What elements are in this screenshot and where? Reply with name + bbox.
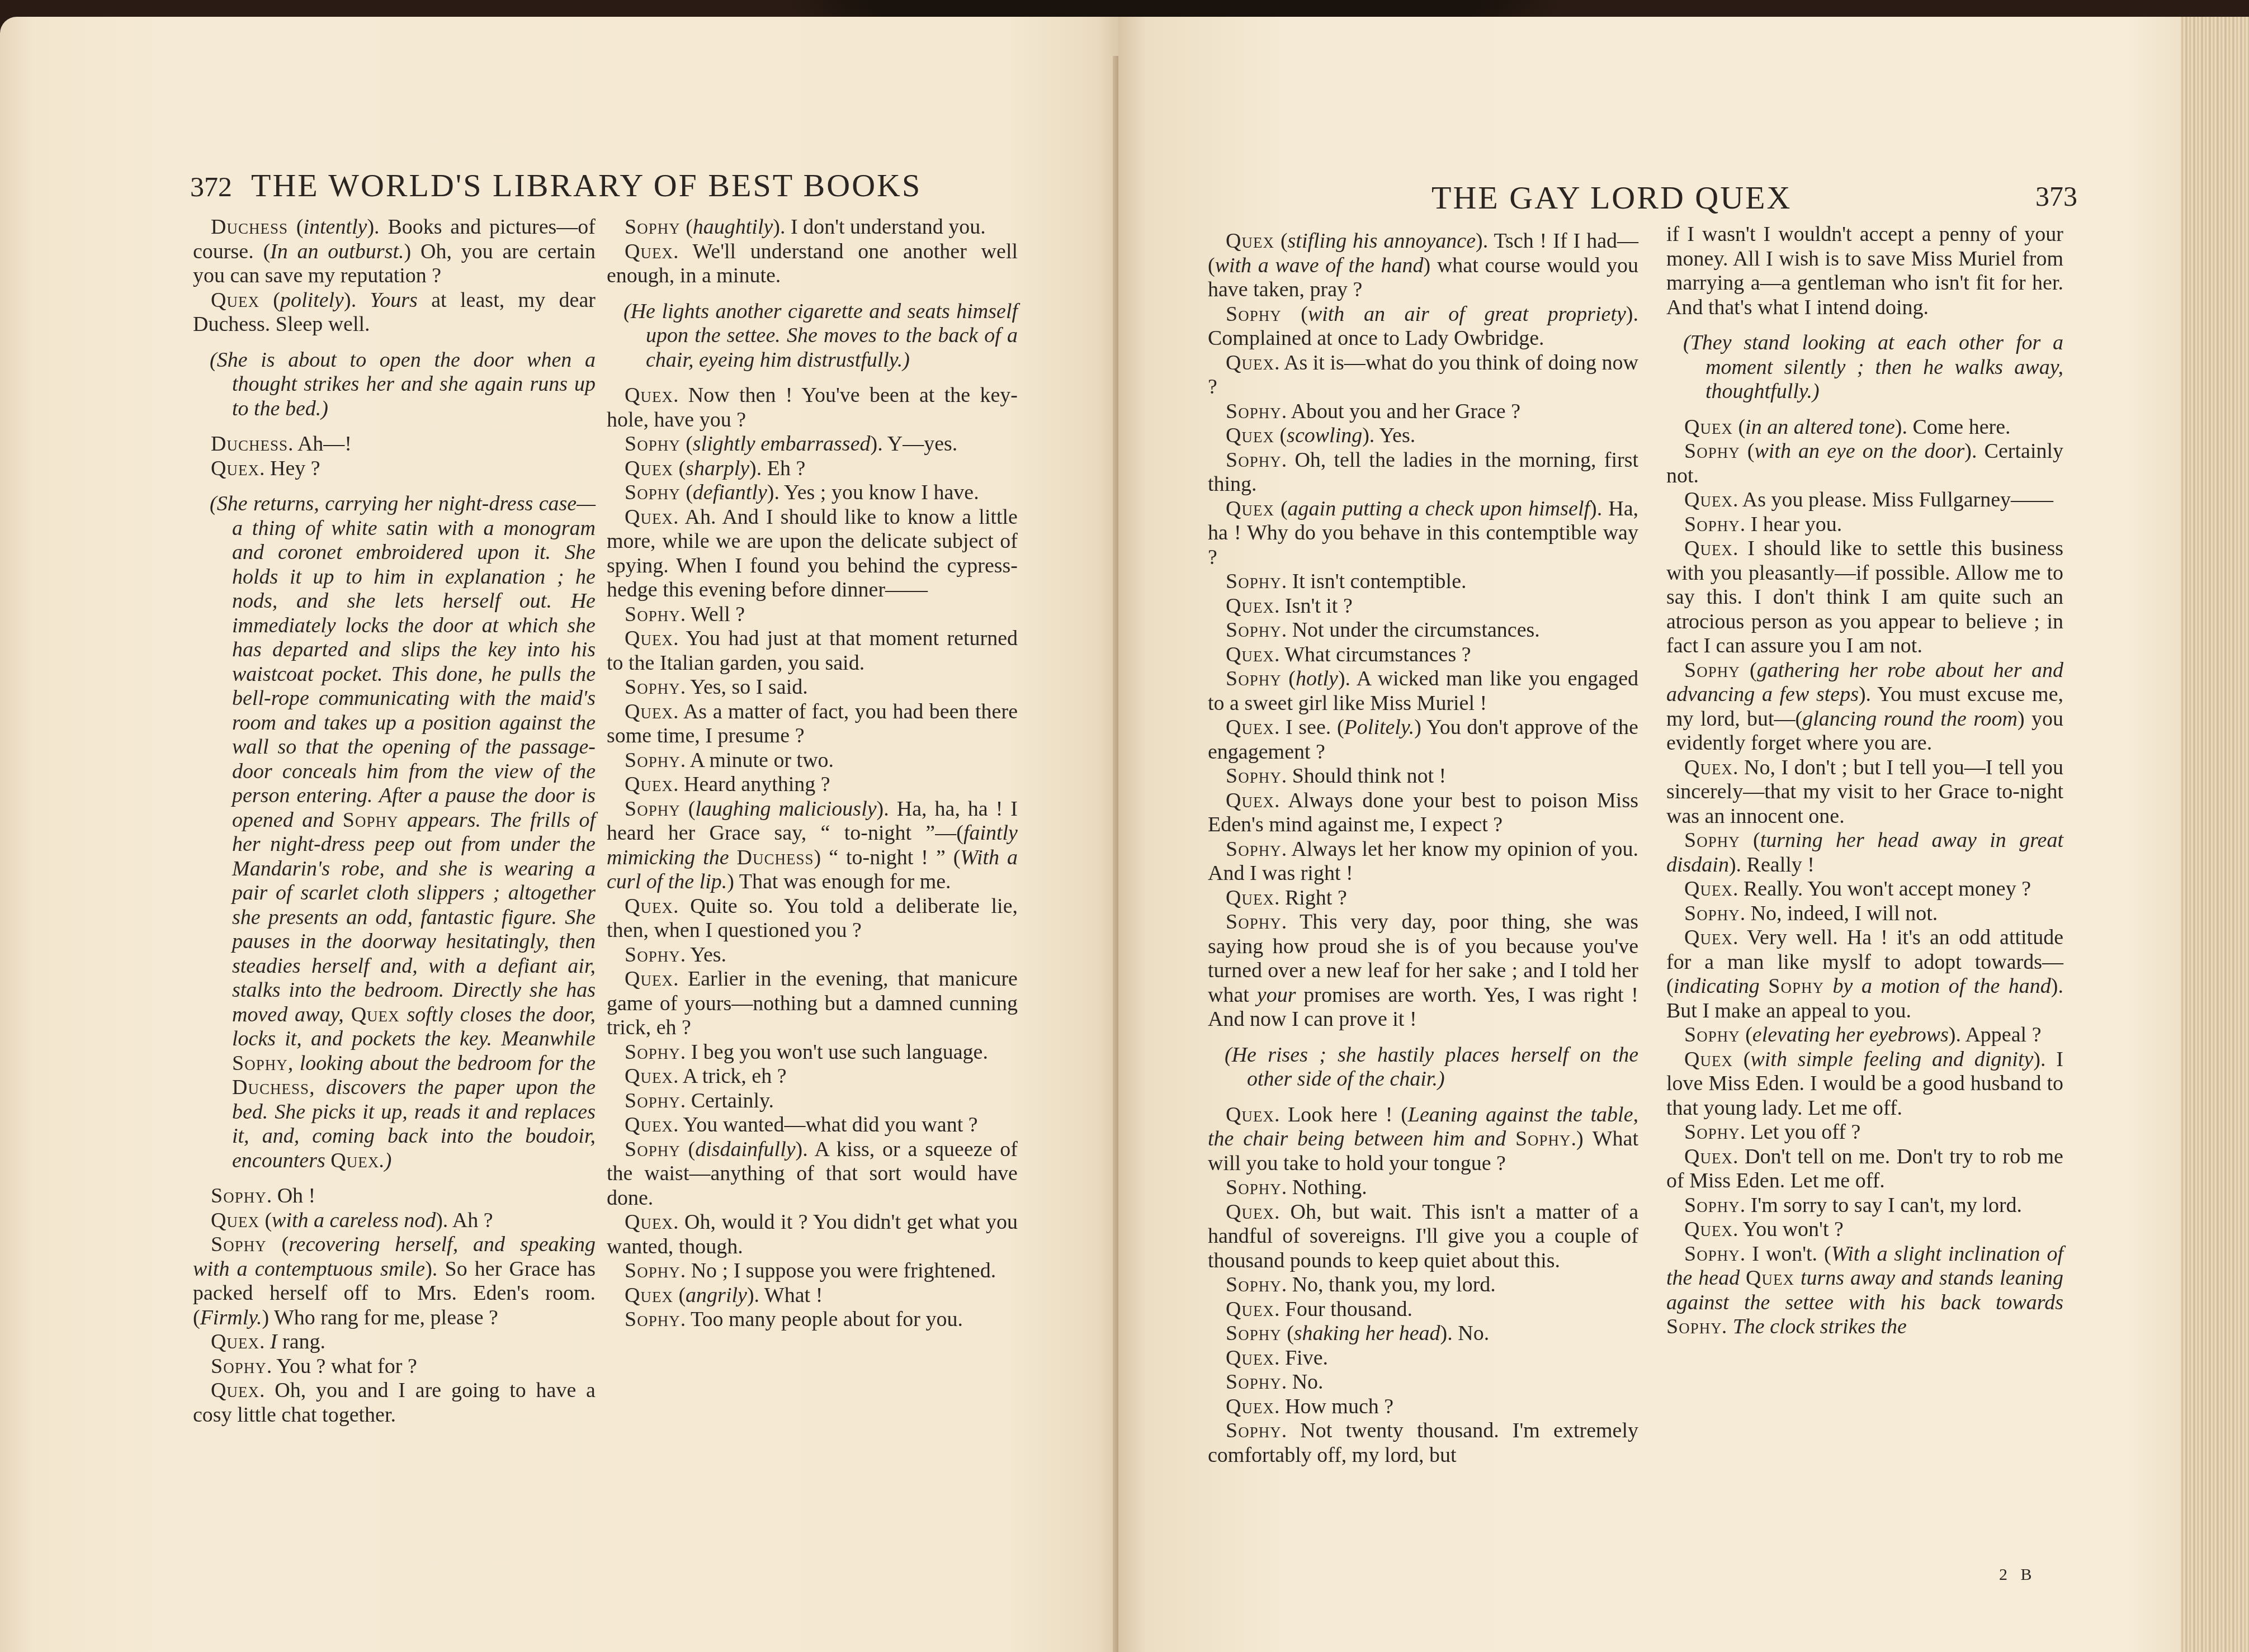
text: . Five. xyxy=(1274,1346,1328,1370)
italic-text: with a wave of the hand xyxy=(1215,254,1424,277)
text: . You wanted—what did you want ? xyxy=(673,1113,978,1137)
speaker-name: Quex xyxy=(211,457,259,480)
speaker-name: Sophy xyxy=(1226,910,1282,934)
speaker-name: Quex xyxy=(211,1379,259,1402)
speaker-name: Quex xyxy=(1226,1200,1274,1224)
text: ). No. xyxy=(1440,1322,1490,1345)
signature-mark: 2 B xyxy=(1999,1565,2037,1584)
dialogue-line: Sophy. I beg you won't use such language… xyxy=(607,1040,1018,1065)
text: . Four thousand. xyxy=(1274,1298,1412,1321)
text: ( xyxy=(267,1233,289,1256)
italic-text: politely xyxy=(280,288,344,312)
dialogue-line: Quex. Five. xyxy=(1208,1346,1638,1371)
speaker-name: Sophy xyxy=(1226,1176,1282,1199)
stage-direction: (She returns, carrying her night-dress c… xyxy=(210,492,596,1173)
right-page-number: 373 xyxy=(2035,180,2077,212)
dialogue-line: Sophy. Not under the circumstances. xyxy=(1208,618,1638,643)
dialogue-line: Sophy. I'm sorry to say I can't, my lord… xyxy=(1666,1194,2063,1218)
dialogue-line: Sophy (slightly embarrassed). Y—yes. xyxy=(607,432,1018,457)
dialogue-line: Sophy (hotly). A wicked man like you eng… xyxy=(1208,667,1638,716)
text: . Ah—! xyxy=(288,432,352,456)
speaker-name: Quex xyxy=(1684,488,1733,512)
dialogue-line: Sophy. I won't. (With a slight inclinati… xyxy=(1666,1242,2063,1339)
speaker-name: Sophy xyxy=(1515,1127,1571,1151)
left-page-number: 372 xyxy=(190,171,232,202)
speaker-name: Quex xyxy=(625,1113,673,1137)
dialogue-line: Sophy. No, thank you, my lord. xyxy=(1208,1273,1638,1298)
speaker-name: Quex xyxy=(625,457,673,480)
dialogue-line: Sophy. Oh, tell the ladies in the mornin… xyxy=(1208,448,1638,497)
speaker-name: Quex xyxy=(625,773,673,796)
dialogue-line: Quex. Oh, you and I are going to have a … xyxy=(193,1379,596,1427)
text: . A trick, eh ? xyxy=(673,1064,787,1088)
speaker-name: Sophy xyxy=(625,797,681,821)
italic-text: . The clock strikes the xyxy=(1722,1315,1907,1338)
dialogue-line: Sophy. You ? what for ? xyxy=(193,1355,596,1379)
text: . Certainly. xyxy=(681,1089,774,1113)
dialogue-line: Sophy. No. xyxy=(1208,1370,1638,1395)
text: rang. xyxy=(277,1330,326,1353)
text: . I hear you. xyxy=(1740,513,1842,536)
italic-text: your xyxy=(1257,983,1296,1007)
text: ( xyxy=(681,432,693,456)
speaker-name: Sophy xyxy=(625,1089,681,1113)
text: (He rises ; she hastily places herself o… xyxy=(1225,1043,1638,1091)
speaker-name: Sophy xyxy=(625,1259,681,1282)
dialogue-line: Quex. As a matter of fact, you had been … xyxy=(607,700,1018,749)
dialogue-line: Quex. Oh, but wait. This isn't a matter … xyxy=(1208,1200,1638,1274)
speaker-name: Sophy xyxy=(1226,400,1282,423)
speaker-name: Quex xyxy=(211,288,259,312)
dialogue-line: Sophy. Let you off ? xyxy=(1666,1120,2063,1145)
stage-direction: (She is about to open the door when a th… xyxy=(210,348,596,422)
speaker-name: Quex xyxy=(1226,351,1274,375)
text: . xyxy=(259,1330,270,1353)
speaker-name: Sophy xyxy=(625,1138,681,1161)
text: . Yes, so I said. xyxy=(681,675,808,699)
text: ( xyxy=(1274,229,1288,253)
text: . I see. ( xyxy=(1274,716,1344,739)
speaker-name: Sophy xyxy=(625,943,681,967)
speaker-name: Quex xyxy=(1226,424,1274,447)
dialogue-line: Quex. No, I don't ; but I tell you—I tel… xyxy=(1666,756,2063,829)
text: ( xyxy=(1740,439,1755,463)
dialogue-line: Sophy. No ; I suppose you were frightene… xyxy=(607,1259,1018,1284)
speaker-name: Quex xyxy=(1226,594,1274,618)
dialogue-line: Quex (politely). Yours at least, my dear… xyxy=(193,288,596,337)
speaker-name: Quex xyxy=(1684,926,1733,949)
text: .) xyxy=(379,1149,391,1172)
speaker-name: Sophy xyxy=(211,1233,267,1256)
text: ( xyxy=(681,1138,695,1161)
dialogue-line: Duchess (intently). Books and pictures—o… xyxy=(193,215,596,288)
italic-text: by a motion of the hand xyxy=(1824,974,2051,998)
dialogue-line: Sophy (disdainfully). A kiss, or a squee… xyxy=(607,1138,1018,1211)
speaker-name: Sophy xyxy=(232,1052,288,1075)
italic-text: hotly xyxy=(1296,667,1338,690)
dialogue-line: Quex. Now then ! You've been at the key-… xyxy=(607,384,1018,432)
speaker-name: Sophy xyxy=(1226,764,1282,788)
dialogue-line: Quex. Always done your best to poison Mi… xyxy=(1208,789,1638,837)
dialogue-line: Quex. Ah. And I should like to know a li… xyxy=(607,505,1018,603)
speaker-name: Sophy xyxy=(1226,667,1282,690)
right-running-title: THE GAY LORD QUEX xyxy=(1431,179,1792,216)
italic-text: sharply xyxy=(686,457,749,480)
speaker-name: Sophy xyxy=(343,808,399,832)
text: . No, indeed, I will not. xyxy=(1740,902,1938,925)
dialogue-line: Quex (sharply). Eh ? xyxy=(607,457,1018,481)
left-page-column-2: Sophy (haughtily). I don't understand yo… xyxy=(607,215,1018,1332)
text: ). xyxy=(344,288,370,312)
dialogue-line: Quex (angrily). What ! xyxy=(607,1284,1018,1308)
italic-text: with an eye on the door xyxy=(1754,439,1964,463)
speaker-name: Sophy xyxy=(1226,1370,1282,1394)
speaker-name: Sophy xyxy=(625,603,681,626)
dialogue-line: Sophy (with an air of great propriety). … xyxy=(1208,302,1638,351)
speaker-name: Quex xyxy=(1226,1298,1274,1321)
dialogue-line: Sophy. This very day, poor thing, she wa… xyxy=(1208,910,1638,1032)
dialogue-line: Quex. As you please. Miss Fullgarney—— xyxy=(1666,488,2063,513)
text: . Isn't it ? xyxy=(1274,594,1353,618)
speaker-name: Quex xyxy=(625,1284,673,1307)
speaker-name: Quex xyxy=(625,505,673,529)
right-running-head: THE GAY LORD QUEX xyxy=(1431,179,1792,216)
speaker-name: Sophy xyxy=(1226,1419,1282,1442)
text: ). Ah ? xyxy=(436,1209,493,1232)
dialogue-line: Sophy (haughtily). I don't understand yo… xyxy=(607,215,1018,240)
italic-text: angrily xyxy=(686,1284,747,1307)
speaker-name: Sophy xyxy=(1684,902,1740,925)
dialogue-line: Quex. I see. (Politely.) You don't appro… xyxy=(1208,716,1638,764)
speaker-name: Sophy xyxy=(625,675,681,699)
dialogue-line: Sophy (defiantly). Yes ; you know I have… xyxy=(607,481,1018,505)
speaker-name: Quex xyxy=(1226,1395,1274,1418)
text: . Let you off ? xyxy=(1740,1120,1861,1144)
italic-text: haughtily xyxy=(693,215,773,239)
italic-text: Politely. xyxy=(1344,716,1415,739)
italic-text: disdainfully xyxy=(695,1138,795,1161)
speaker-name: Quex xyxy=(625,1210,673,1234)
text: . Well ? xyxy=(681,603,745,626)
left-running-head: 372 THE WORLD'S LIBRARY OF BEST BOOKS xyxy=(190,167,922,204)
dialogue-line: Quex. Right ? xyxy=(1208,886,1638,911)
speaker-name: Sophy xyxy=(1226,837,1282,861)
right-page: THE GAY LORD QUEX 373 Quex (stifling his… xyxy=(1118,17,2181,1652)
speaker-name: Quex xyxy=(1684,537,1733,560)
dialogue-line: Sophy. Well ? xyxy=(607,603,1018,627)
text: (They stand looking at each other for a … xyxy=(1683,331,2063,403)
dialogue-line: Quex (in an altered tone). Come here. xyxy=(1666,415,2063,440)
dialogue-line: Sophy. I hear you. xyxy=(1666,513,2063,537)
text: . As you please. Miss Fullgarney—— xyxy=(1733,488,2053,512)
speaker-name: Duchess xyxy=(211,215,288,239)
text: . You ? what for ? xyxy=(267,1355,417,1378)
speaker-name: Sophy xyxy=(625,1040,681,1064)
text: ). Y—yes. xyxy=(871,432,958,456)
speaker-name: Quex xyxy=(211,1330,259,1353)
dialogue-line: Quex. Look here ! (Leaning against the t… xyxy=(1208,1103,1638,1176)
dialogue-line: Sophy. It isn't contemptible. xyxy=(1208,570,1638,594)
text: ( xyxy=(288,215,303,239)
dialogue-line: Quex. Very well. Ha ! it's an odd attitu… xyxy=(1666,926,2063,1023)
italic-text: in an altered tone xyxy=(1745,415,1895,439)
italic-text: intently xyxy=(303,215,367,239)
text: . How much ? xyxy=(1274,1395,1393,1418)
text: ( xyxy=(259,1209,272,1232)
text: ). Yes ; you know I have. xyxy=(767,481,979,504)
text: . Right ? xyxy=(1274,886,1347,910)
speaker-name: Sophy xyxy=(1226,302,1282,326)
text: . Nothing. xyxy=(1282,1176,1367,1199)
speaker-name: Quex xyxy=(625,700,673,723)
dialogue-line: Quex. I should like to settle this busin… xyxy=(1666,537,2063,659)
speaker-name: Sophy xyxy=(1684,1023,1740,1047)
text: . Heard anything ? xyxy=(673,773,830,796)
text: ) “ to-night ! ” ( xyxy=(814,846,961,869)
dialogue-line: Quex. Quite so. You told a deliberate li… xyxy=(607,894,1018,943)
speaker-name: Quex xyxy=(351,1003,400,1026)
text: if I wasn't I wouldn't accept a penny of… xyxy=(1666,223,2063,319)
speaker-name: Sophy xyxy=(1226,1273,1282,1296)
text: ( xyxy=(1740,659,1757,682)
dialogue-line: Quex. You won't ? xyxy=(1666,1218,2063,1242)
italic-text: Firmly. xyxy=(200,1306,262,1329)
speaker-name: Duchess xyxy=(737,846,814,869)
stage-direction: (He lights another cigarette and seats h… xyxy=(623,300,1018,373)
text: ( xyxy=(681,481,693,504)
text: ( xyxy=(673,1284,686,1307)
text: , looking about the bedroom for the xyxy=(288,1052,596,1075)
text: ). Eh ? xyxy=(749,457,805,480)
speaker-name: Quex xyxy=(1746,1266,1794,1290)
speaker-name: Quex xyxy=(1226,497,1274,520)
dialogue-line: Sophy (elevating her eyebrows). Appeal ? xyxy=(1666,1023,2063,1048)
speaker-name: Quex xyxy=(625,384,673,407)
text: ( xyxy=(1282,302,1308,326)
speaker-name: Quex xyxy=(1226,886,1274,910)
text: . Hey ? xyxy=(259,457,320,480)
text: ). Really ! xyxy=(1729,853,1815,877)
dialogue-line: Sophy. Nothing. xyxy=(1208,1176,1638,1200)
speaker-name: Sophy xyxy=(625,215,681,239)
dialogue-line: Quex. How much ? xyxy=(1208,1395,1638,1419)
speaker-name: Quex xyxy=(1226,716,1274,739)
text: ( xyxy=(1740,829,1760,852)
stage-direction: (They stand looking at each other for a … xyxy=(1683,331,2063,404)
text: . I'm sorry to say I can't, my lord. xyxy=(1740,1194,2022,1217)
dialogue-line: Quex (again putting a check upon himself… xyxy=(1208,497,1638,570)
dialogue-line: Quex (with simple feeling and dignity). … xyxy=(1666,1048,2063,1121)
dialogue-line: Duchess. Ah—! xyxy=(193,432,596,457)
italic-text: with simple feeling and dignity xyxy=(1750,1048,2033,1071)
dialogue-line: Quex. Heard anything ? xyxy=(607,773,1018,797)
text: . Yes. xyxy=(681,943,726,967)
speaker-name: Quex xyxy=(1226,1103,1274,1126)
dialogue-line: Sophy (recovering herself, and speaking … xyxy=(193,1233,596,1330)
italic-text: laughing maliciously xyxy=(695,797,876,821)
text: . No. xyxy=(1282,1370,1324,1394)
text: ( xyxy=(259,288,280,312)
text: ). What ! xyxy=(747,1284,823,1307)
dialogue-line: Sophy. Should think not ! xyxy=(1208,764,1638,789)
speaker-name: Sophy xyxy=(1226,1322,1282,1345)
dialogue-line: Sophy (turning her head away in great di… xyxy=(1666,829,2063,877)
text: . I won't. ( xyxy=(1740,1242,1831,1266)
speaker-name: Sophy xyxy=(1684,659,1740,682)
italic-text: glancing round the room xyxy=(1802,707,2018,731)
speaker-name: Sophy xyxy=(625,432,681,456)
italic-text: slightly embarrassed xyxy=(693,432,871,456)
italic-text: I xyxy=(270,1330,277,1353)
text: ). Appeal ? xyxy=(1949,1023,2042,1047)
dialogue-line: Quex. Hey ? xyxy=(193,457,596,481)
speaker-name: Quex xyxy=(625,240,673,263)
speaker-name: Quex xyxy=(625,894,673,918)
dialogue-line: Quex. I rang. xyxy=(193,1330,596,1355)
text: . Too many people about for you. xyxy=(681,1308,963,1331)
speaker-name: Sophy xyxy=(1226,448,1282,472)
dialogue-line: Quex. Really. You won't accept money ? xyxy=(1666,877,2063,902)
speaker-name: Duchess xyxy=(232,1076,309,1099)
speaker-name: Sophy xyxy=(1768,974,1824,998)
text: . Should think not ! xyxy=(1282,764,1447,788)
italic-text: with a careless nod xyxy=(272,1209,436,1232)
speaker-name: Quex xyxy=(1226,789,1274,812)
italic-text: with an air of great propriety xyxy=(1308,302,1626,326)
speaker-name: Quex xyxy=(1684,1145,1733,1168)
italic-text: scowling xyxy=(1287,424,1362,447)
speaker-name: Sophy xyxy=(1684,1120,1740,1144)
dialogue-line: Quex. What circumstances ? xyxy=(1208,643,1638,668)
speaker-name: Sophy xyxy=(625,749,681,772)
text: . Oh ! xyxy=(267,1184,316,1208)
italic-text: stifling his annoyance xyxy=(1288,229,1476,253)
dialogue-line: Quex (with a careless nod). Ah ? xyxy=(193,1209,596,1233)
dialogue-line: Sophy. No, indeed, I will not. xyxy=(1666,902,2063,926)
speaker-name: Sophy xyxy=(1666,1315,1722,1338)
speaker-name: Sophy xyxy=(625,1308,681,1331)
speaker-name: Sophy xyxy=(1684,1194,1740,1217)
text: ). Yes. xyxy=(1362,424,1415,447)
text: . I beg you won't use such language. xyxy=(681,1040,988,1064)
speaker-name: Sophy xyxy=(1226,570,1282,593)
dialogue-line: Quex. Oh, would it ? You didn't get what… xyxy=(607,1210,1018,1259)
text: . No, thank you, my lord. xyxy=(1282,1273,1496,1296)
text: ( xyxy=(1282,1322,1294,1345)
speaker-name: Quex xyxy=(625,967,673,991)
italic-text: shaking her head xyxy=(1294,1322,1440,1345)
speaker-name: Quex xyxy=(1684,756,1733,779)
speaker-name: Quex xyxy=(1684,1048,1733,1071)
dialogue-line: Sophy. Yes. xyxy=(607,943,1018,968)
text: ( xyxy=(1274,424,1287,447)
stage-direction: (He rises ; she hastily places herself o… xyxy=(1225,1043,1638,1092)
text: ) That was enough for me. xyxy=(727,870,951,893)
italic-text: again putting a check upon himself xyxy=(1288,497,1590,520)
dialogue-line: Sophy. A minute or two. xyxy=(607,749,1018,773)
text: . About you and her Grace ? xyxy=(1282,400,1520,423)
text: . You won't ? xyxy=(1733,1218,1844,1241)
speaker-name: Quex xyxy=(1684,415,1733,439)
dialogue-line: Sophy. Always let her know my opinion of… xyxy=(1208,837,1638,886)
page-edges xyxy=(2181,17,2249,1652)
text: . No ; I suppose you were frightened. xyxy=(681,1259,996,1282)
left-page-column-1: Duchess (intently). Books and pictures—o… xyxy=(193,215,596,1427)
text: ) Who rang for me, please ? xyxy=(262,1306,498,1329)
text: (She returns, carrying her night-dress c… xyxy=(210,492,596,832)
dialogue-line: Quex. Isn't it ? xyxy=(1208,594,1638,619)
speaker-name: Quex xyxy=(330,1149,379,1172)
speaker-name: Sophy xyxy=(1684,829,1740,852)
text: . Really. You won't accept money ? xyxy=(1733,877,2031,901)
italic-text: In an outburst. xyxy=(270,240,404,263)
speaker-name: Sophy xyxy=(1684,513,1740,536)
text: (She is about to open the door when a th… xyxy=(210,348,596,420)
text: ( xyxy=(1733,415,1745,439)
speaker-name: Sophy xyxy=(1684,1242,1740,1266)
dialogue-line: Sophy. About you and her Grace ? xyxy=(1208,400,1638,424)
text: ). I don't understand you. xyxy=(773,215,985,239)
text: ( xyxy=(1274,497,1288,520)
dialogue-line: Sophy. Oh ! xyxy=(193,1184,596,1209)
dialogue-line: Sophy (gathering her robe about her and … xyxy=(1666,659,2063,756)
dialogue-line: Quex. As it is—what do you think of doin… xyxy=(1208,351,1638,400)
text: ). Come here. xyxy=(1895,415,2011,439)
dialogue-line: if I wasn't I wouldn't accept a penny of… xyxy=(1666,223,2063,320)
dialogue-line: Quex. Four thousand. xyxy=(1208,1298,1638,1322)
text: . What circumstances ? xyxy=(1274,643,1471,666)
italic-text: Yours xyxy=(370,288,418,312)
speaker-name: Sophy xyxy=(211,1184,267,1208)
dialogue-line: Quex. You wanted—what did you want ? xyxy=(607,1113,1018,1138)
italic-text: defiantly xyxy=(693,481,767,504)
left-page: 372 THE WORLD'S LIBRARY OF BEST BOOKS Du… xyxy=(0,17,1118,1652)
speaker-name: Quex xyxy=(625,627,673,650)
speaker-name: Quex xyxy=(1684,1218,1733,1241)
speaker-name: Sophy xyxy=(1684,439,1740,463)
text: ( xyxy=(1282,667,1296,690)
speaker-name: Quex xyxy=(1684,877,1733,901)
open-book: 372 THE WORLD'S LIBRARY OF BEST BOOKS Du… xyxy=(0,0,2249,1652)
dialogue-line: Quex (stifling his annoyance). Tsch ! If… xyxy=(1208,229,1638,302)
dialogue-line: Sophy. Not twenty thousand. I'm extremel… xyxy=(1208,1419,1638,1468)
dialogue-line: Quex (scowling). Yes. xyxy=(1208,424,1638,448)
speaker-name: Quex xyxy=(1226,643,1274,666)
right-page-column-2: if I wasn't I wouldn't accept a penny of… xyxy=(1666,223,2063,1339)
dialogue-line: Sophy. Yes, so I said. xyxy=(607,675,1018,700)
text: ( xyxy=(673,457,686,480)
italic-text: indicating xyxy=(1674,974,1769,998)
dialogue-line: Quex. Earlier in the evening, that manic… xyxy=(607,967,1018,1040)
text: appears. The frills of her night-dress p… xyxy=(232,808,596,1026)
text: (He lights another cigarette and seats h… xyxy=(623,300,1018,372)
text: ( xyxy=(681,215,693,239)
dialogue-line: Sophy (shaking her head). No. xyxy=(1208,1322,1638,1346)
dialogue-line: Quex. Don't tell on me. Don't try to rob… xyxy=(1666,1145,2063,1194)
speaker-name: Sophy xyxy=(625,481,681,504)
text: . A minute or two. xyxy=(681,749,834,772)
dialogue-line: Quex. A trick, eh ? xyxy=(607,1064,1018,1089)
speaker-name: Duchess xyxy=(211,432,288,456)
right-page-column-1: Quex (stifling his annoyance). Tsch ! If… xyxy=(1208,229,1638,1468)
dialogue-line: Sophy. Too many people about for you. xyxy=(607,1308,1018,1332)
italic-text: elevating her eyebrows xyxy=(1752,1023,1949,1047)
dialogue-line: Sophy. Certainly. xyxy=(607,1089,1018,1114)
speaker-name: Quex xyxy=(211,1209,259,1232)
text: . Look here ! ( xyxy=(1274,1103,1408,1126)
dialogue-line: Quex. You had just at that moment return… xyxy=(607,627,1018,675)
speaker-name: Sophy xyxy=(211,1355,267,1378)
